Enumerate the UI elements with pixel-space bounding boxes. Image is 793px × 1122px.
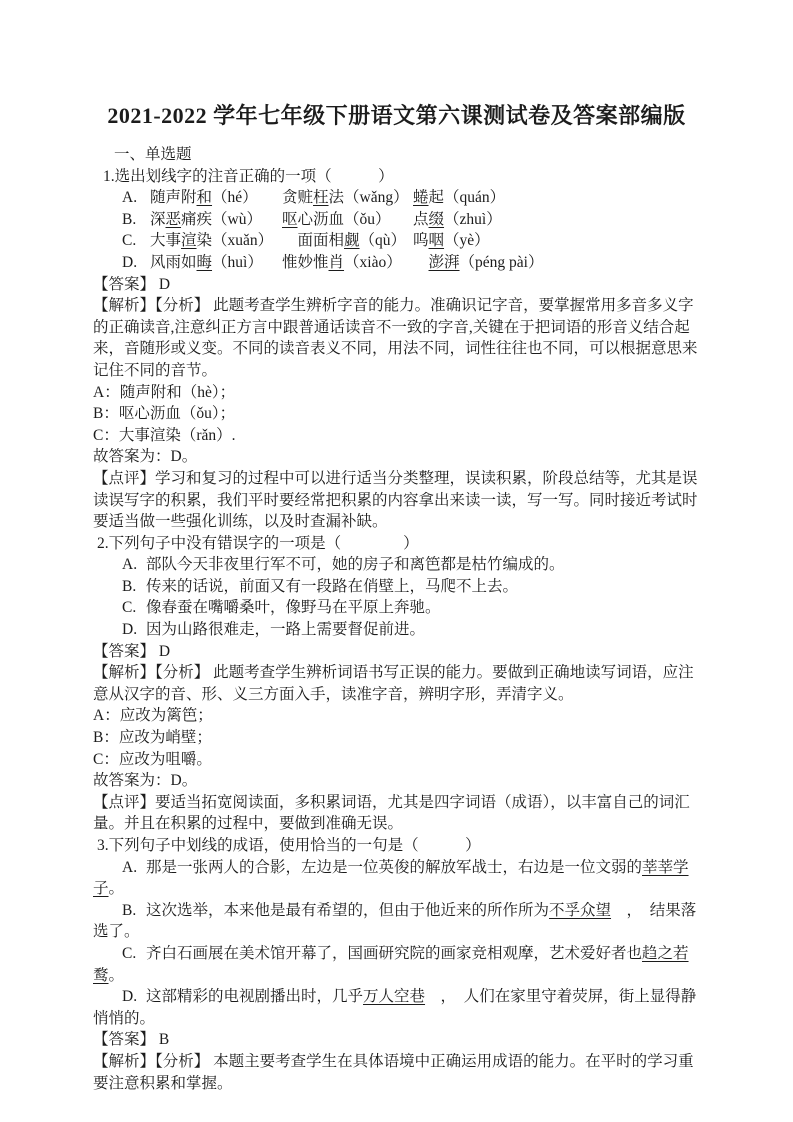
page-title: 2021-2022 学年七年级下册语文第六课测试卷及答案部编版 bbox=[93, 100, 700, 132]
q1-note-c: C：大事渲染（rǎn）. bbox=[93, 425, 700, 447]
q1-option-c-term-1: 大事渲染（xuǎn） bbox=[150, 230, 282, 252]
q1-option-c: C.大事渲染（xuǎn） 面面相觑（qù）呜咽（yè） bbox=[93, 230, 700, 252]
q3-option-c: C.齐白石画展在美术馆开幕了，国画研究院的画家竞相观摩，艺术爱好者也趋之若鹜。 bbox=[93, 943, 700, 986]
q1-analysis: 【解析】【分析】 此题考查学生辨析字音的能力。准确识记字音，要掌握常用多音多义字… bbox=[93, 295, 700, 381]
q2-note-c: C：应改为咀嚼。 bbox=[93, 749, 700, 771]
q3-answer: 【答案】 B bbox=[93, 1029, 700, 1051]
q2-conclusion: 故答案为：D。 bbox=[93, 770, 700, 792]
q3-option-c-text: 齐白石画展在美术馆开幕了，国画研究院的画家竞相观摩，艺术爱好者也趋之若鹜。 bbox=[93, 945, 689, 984]
q1-note-b: B：呕心沥血（ǒu）； bbox=[93, 403, 700, 425]
q1-option-c-term-2: 面面相觑（qù） bbox=[282, 230, 413, 252]
document-page: 2021-2022 学年七年级下册语文第六课测试卷及答案部编版 一、单选题 1.… bbox=[0, 0, 793, 1094]
q2-note-b: B：应改为峭壁； bbox=[93, 727, 700, 749]
q2-option-b-text: 传来的话说，前面又有一段路在俏壁上，马爬不上去。 bbox=[146, 578, 518, 595]
q1-answer: 【答案】 D bbox=[93, 274, 700, 296]
q1-option-b-term-3: 点缀（zhuì） bbox=[413, 209, 502, 231]
q1-comment: 【点评】学习和复习的过程中可以进行适当分类整理，误读积累，阶段总结等，尤其是误读… bbox=[93, 468, 700, 533]
q1-option-a-label: A. bbox=[122, 187, 150, 209]
q3-option-d-text: 这部精彩的电视剧播出时，几乎万人空巷 ， 人们在家里守着荧屏，街上显得静悄悄的。 bbox=[93, 988, 696, 1027]
q1-option-b-label: B. bbox=[122, 209, 150, 231]
q2-option-a-text: 部队今天非夜里行军不可，她的房子和离笆都是枯竹编成的。 bbox=[146, 556, 565, 573]
q1-option-a-term-1: 随声附和（hé） bbox=[150, 187, 282, 209]
q3-option-a: A.那是一张两人的合影，左边是一位英俊的解放军战士，右边是一位文弱的莘莘学子。 bbox=[93, 857, 700, 900]
q3-option-a-text: 那是一张两人的合影，左边是一位英俊的解放军战士，右边是一位文弱的莘莘学子。 bbox=[93, 859, 689, 898]
q2-option-c-text: 像春蚕在嘴嚼桑叶，像野马在平原上奔驰。 bbox=[146, 599, 441, 616]
q1-option-d-label: D. bbox=[122, 252, 150, 274]
q1-option-d-term-3: 澎湃（péng pài） bbox=[413, 252, 543, 274]
q1-stem: 1.选出划线字的注音正确的一项（ ） bbox=[93, 166, 700, 188]
q2-comment: 【点评】要适当拓宽阅读面，多积累词语，尤其是四字词语（成语），以丰富自己的词汇量… bbox=[93, 792, 700, 835]
q1-option-c-term-3: 呜咽（yè） bbox=[413, 230, 490, 252]
q2-option-a: A.部队今天非夜里行军不可，她的房子和离笆都是枯竹编成的。 bbox=[93, 554, 700, 576]
q2-option-d: D.因为山路很难走，一路上需要督促前进。 bbox=[93, 619, 700, 641]
q1-conclusion: 故答案为：D。 bbox=[93, 446, 700, 468]
section-heading: 一、单选题 bbox=[93, 144, 700, 166]
q3-option-d-label: D. bbox=[122, 986, 146, 1008]
q1-option-a-term-3: 蜷起（quán） bbox=[413, 187, 505, 209]
q3-option-d: D.这部精彩的电视剧播出时，几乎万人空巷 ， 人们在家里守着荧屏，街上显得静悄悄… bbox=[93, 986, 700, 1029]
q1-option-b: B.深恶痛疾（wù）呕心沥血（ǒu）点缀（zhuì） bbox=[93, 209, 700, 231]
q1-option-c-label: C. bbox=[122, 230, 150, 252]
q1-option-b-term-2: 呕心沥血（ǒu） bbox=[282, 209, 413, 231]
q1-option-d-term-1: 风雨如晦（huì） bbox=[150, 252, 282, 274]
q3-option-c-label: C. bbox=[122, 943, 146, 965]
q2-option-d-text: 因为山路很难走，一路上需要督促前进。 bbox=[146, 621, 425, 638]
q1-option-b-term-1: 深恶痛疾（wù） bbox=[150, 209, 282, 231]
q2-option-c-label: C. bbox=[122, 597, 146, 619]
q2-option-b-label: B. bbox=[122, 576, 146, 598]
q1-option-a-term-2: 贪赃枉法（wǎng） bbox=[282, 187, 413, 209]
q3-analysis: 【解析】【分析】 本题主要考查学生在具体语境中正确运用成语的能力。在平时的学习重… bbox=[93, 1051, 700, 1094]
q3-option-b: B.这次选举，本来他是最有希望的，但由于他近来的所作所为不孚众望 ， 结果落选了… bbox=[93, 900, 700, 943]
q2-note-a: A：应改为篱笆； bbox=[93, 705, 700, 727]
q1-option-d: D.风雨如晦（huì）惟妙惟肖（xiào） 澎湃（péng pài） bbox=[93, 252, 700, 274]
q2-option-a-label: A. bbox=[122, 554, 146, 576]
q1-option-d-term-2: 惟妙惟肖（xiào） bbox=[282, 252, 413, 274]
q2-option-d-label: D. bbox=[122, 619, 146, 641]
q2-analysis: 【解析】【分析】 此题考查学生辨析词语书写正误的能力。要做到正确地读写词语，应注… bbox=[93, 662, 700, 705]
q2-option-c: C.像春蚕在嘴嚼桑叶，像野马在平原上奔驰。 bbox=[93, 597, 700, 619]
q3-option-b-text: 这次选举，本来他是最有希望的，但由于他近来的所作所为不孚众望 ， 结果落选了。 bbox=[93, 902, 696, 941]
q1-note-a: A：随声附和（hè）； bbox=[93, 382, 700, 404]
q2-option-b: B.传来的话说，前面又有一段路在俏壁上，马爬不上去。 bbox=[93, 576, 700, 598]
q2-answer: 【答案】 D bbox=[93, 641, 700, 663]
q3-option-b-label: B. bbox=[122, 900, 146, 922]
q3-stem: 3.下列句子中划线的成语，使用恰当的一句是（ ） bbox=[93, 835, 700, 857]
q3-option-a-label: A. bbox=[122, 857, 146, 879]
q1-option-a: A.随声附和（hé）贪赃枉法（wǎng）蜷起（quán） bbox=[93, 187, 700, 209]
q2-stem: 2.下列句子中没有错误字的一项是（ ） bbox=[93, 533, 700, 555]
